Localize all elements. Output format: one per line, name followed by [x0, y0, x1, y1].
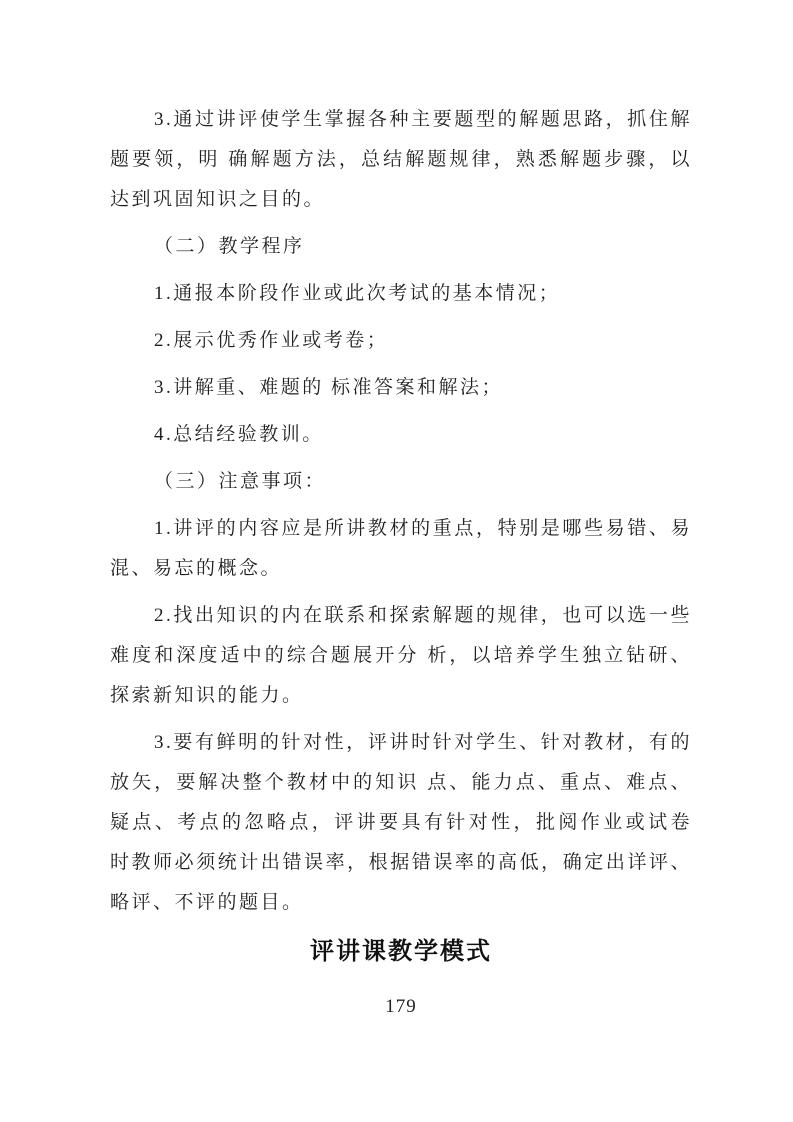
list-item-summarize-lessons: 4.总结经验教训。 — [110, 415, 692, 455]
list-item-report-situation: 1.通报本阶段作业或此次考试的基本情况； — [110, 274, 692, 314]
list-item-explain-key-problems: 3.讲解重、难题的 标准答案和解法； — [110, 368, 692, 408]
section-heading-notes: （三）注意事项： — [110, 462, 692, 502]
document-content: 3.通过讲评使学生掌握各种主要题型的解题思路，抓住解题要领，明 确解题方法，总结… — [0, 0, 793, 1026]
document-page: 3.通过讲评使学生掌握各种主要题型的解题思路，抓住解题要领，明 确解题方法，总结… — [0, 0, 793, 1122]
paragraph-objective-item-3: 3.通过讲评使学生掌握各种主要题型的解题思路，抓住解题要领，明 确解题方法，总结… — [110, 100, 692, 220]
list-item-show-excellent-work: 2.展示优秀作业或考卷； — [110, 321, 692, 361]
paragraph-note-1: 1.讲评的内容应是所讲教材的重点，特别是哪些易错、易混、易忘的概念。 — [110, 509, 692, 589]
page-number: 179 — [110, 988, 692, 1026]
section-heading-teaching-procedure: （二）教学程序 — [110, 227, 692, 267]
next-section-title: 评讲课教学模式 — [110, 930, 692, 974]
paragraph-note-2: 2.找出知识的内在联系和探索解题的规律，也可以选一些难度和深度适中的综合题展开分… — [110, 596, 692, 716]
paragraph-note-3: 3.要有鲜明的针对性，评讲时针对学生、针对教材，有的放矢，要解决整个教材中的知识… — [110, 723, 692, 923]
